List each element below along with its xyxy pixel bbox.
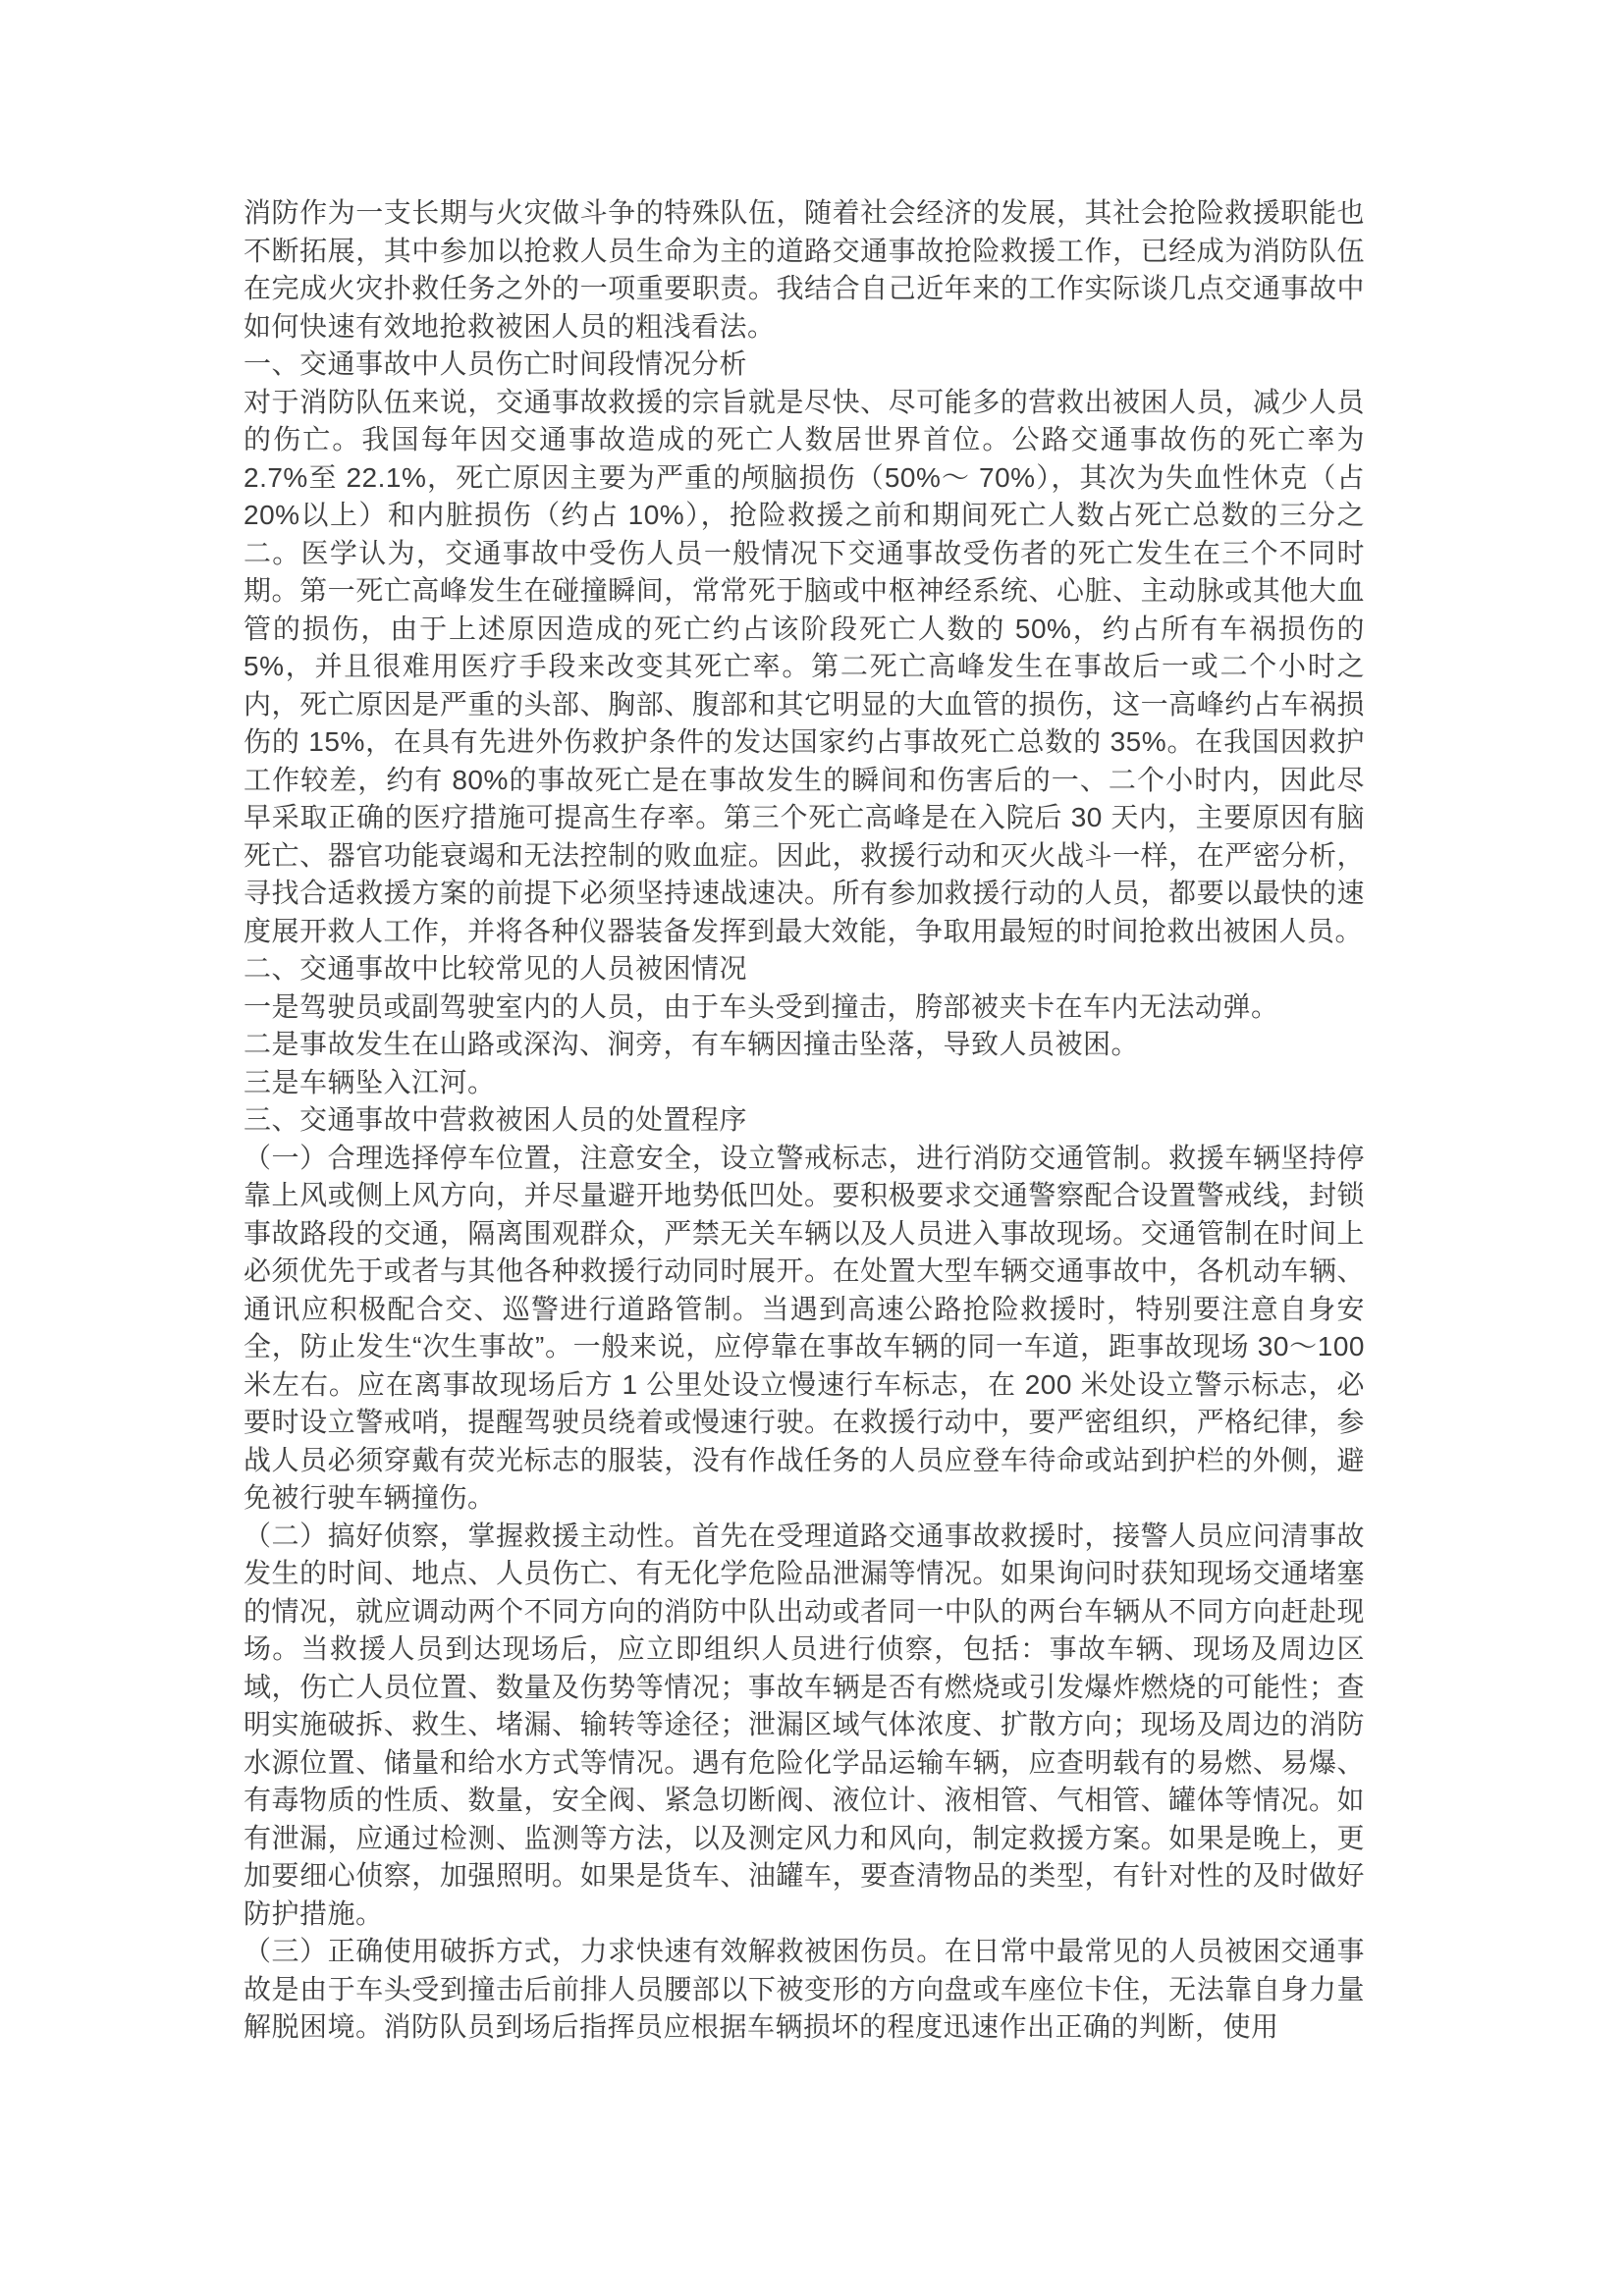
document-paragraph: 消防作为一支长期与火灾做斗争的特殊队伍，随着社会经济的发展，其社会抢险救援职能也… (244, 194, 1365, 346)
section-heading: 三、交通事故中营救被困人员的处置程序 (244, 1101, 1365, 1140)
section-heading: 二、交通事故中比较常见的人员被困情况 (244, 950, 1365, 988)
section-heading: 一、交通事故中人员伤亡时间段情况分析 (244, 346, 1365, 384)
document-paragraph: （三）正确使用破拆方式，力求快速有效解救被困伤员。在日常中最常见的人员被困交通事… (244, 1933, 1365, 2047)
document-paragraph: 一是驾驶员或副驾驶室内的人员，由于车头受到撞击，胯部被夹卡在车内无法动弹。 (244, 988, 1365, 1027)
document-paragraph: （二）搞好侦察，掌握救援主动性。首先在受理道路交通事故救援时，接警人员应问清事故… (244, 1518, 1365, 1934)
document-paragraph: 二是事故发生在山路或深沟、涧旁，有车辆因撞击坠落，导致人员被困。 (244, 1026, 1365, 1064)
document-body: 消防作为一支长期与火灾做斗争的特殊队伍，随着社会经济的发展，其社会抢险救援职能也… (244, 194, 1365, 2047)
document-page: 消防作为一支长期与火灾做斗争的特殊队伍，随着社会经济的发展，其社会抢险救援职能也… (0, 0, 1624, 2296)
document-paragraph: 三是车辆坠入江河。 (244, 1064, 1365, 1102)
document-paragraph: （一）合理选择停车位置，注意安全，设立警戒标志，进行消防交通管制。救援车辆坚持停… (244, 1140, 1365, 1518)
document-paragraph: 对于消防队伍来说，交通事故救援的宗旨就是尽快、尽可能多的营救出被困人员，减少人员… (244, 384, 1365, 951)
